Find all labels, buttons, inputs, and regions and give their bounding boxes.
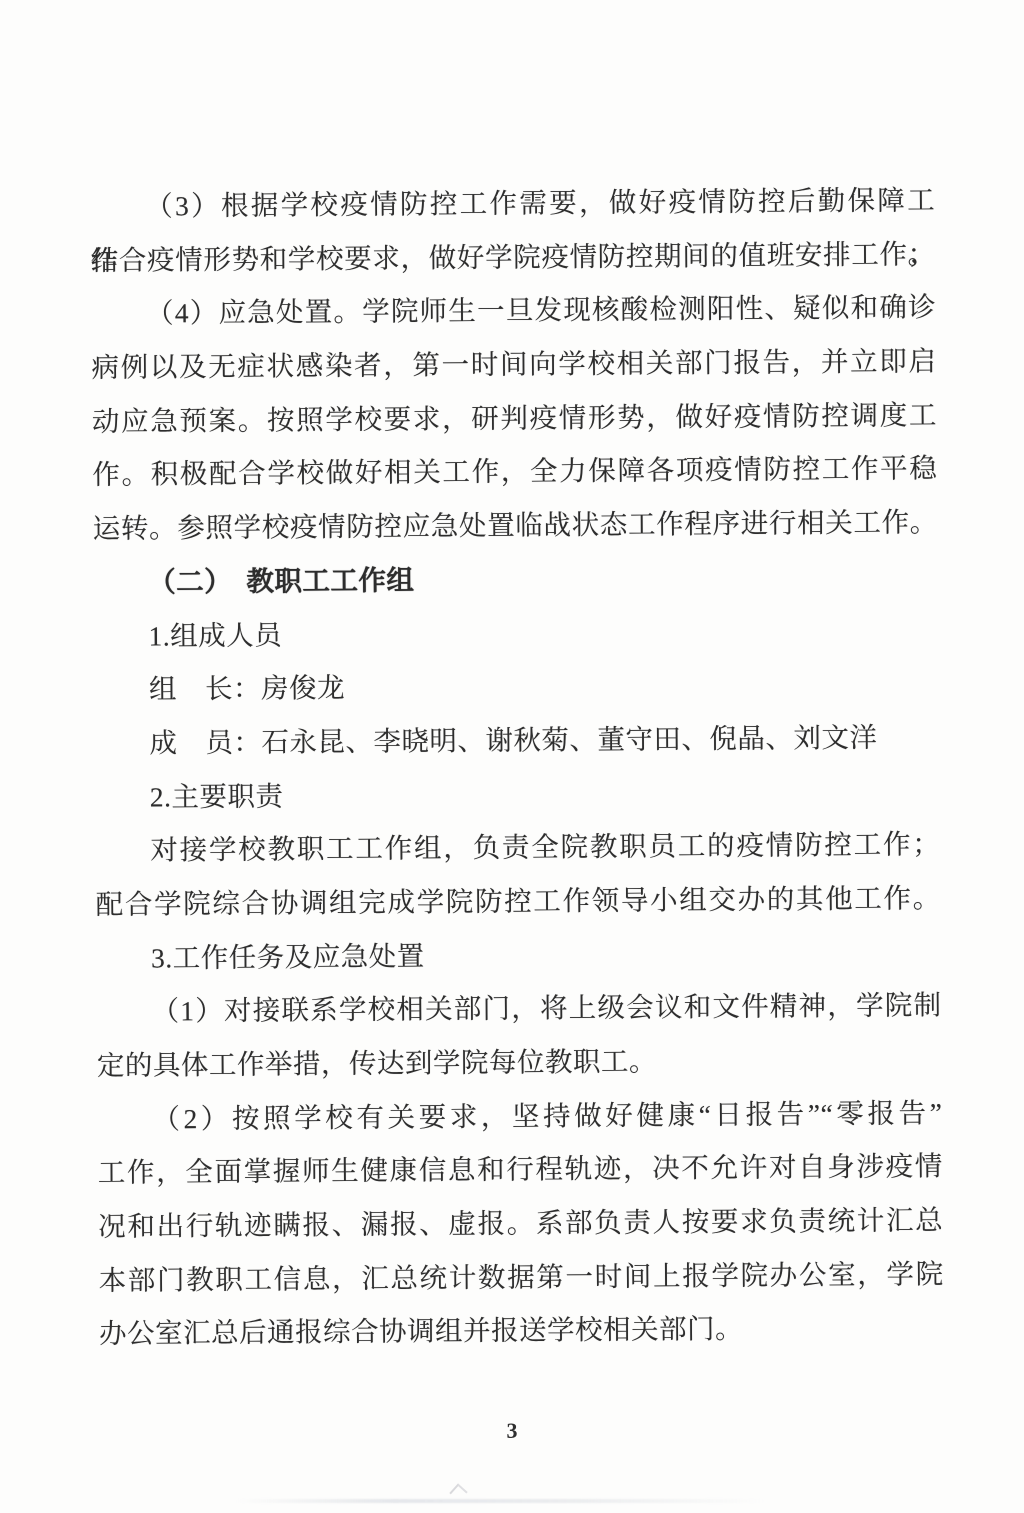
text-line: 动应急预案。按照学校要求，研判疫情形势，做好疫情防控调度工: [92, 388, 937, 448]
text-line: （3）根据学校疫情防控工作需要，做好疫情防控后勤保障工作；: [90, 173, 935, 233]
text-line: （1）对接联系学校相关部门，将上级会议和文件精神，学院制: [96, 979, 941, 1039]
list-item-heading: 3.工作任务及应急处置: [96, 925, 941, 985]
page-number: 3: [0, 1418, 1024, 1444]
document-page: （3）根据学校疫情防控工作需要，做好疫情防控后勤保障工作； 结合疫情形势和学校要…: [0, 0, 1024, 1513]
page-edge-shadow: [235, 1499, 765, 1503]
text-line: 工作，全面掌握师生健康信息和行程轨迹，决不允许对自身涉疫情: [98, 1140, 943, 1200]
text-line: 结合疫情形势和学校要求，做好学院疫情防控期间的值班安排工作。: [90, 227, 935, 287]
text-line: 况和出行轨迹瞒报、漏报、虚报。系部负责人按要求负责统计汇总: [98, 1193, 943, 1253]
text-line: 办公室汇总后通报综合协调组并报送学校相关部门。: [99, 1301, 944, 1361]
list-item-heading: 2.主要职责: [95, 764, 940, 824]
group-leader-line: 组 长：房俊龙: [94, 657, 939, 717]
text-line: 定的具体工作举措，传达到学院每位教职工。: [97, 1032, 942, 1092]
group-members-line: 成 员：石永昆、李晓明、谢秋菊、董守田、倪晶、刘文洋: [94, 710, 939, 770]
text-line: 病例以及无症状感染者，第一时间向学校相关部门报告，并立即启: [91, 334, 936, 394]
text-line: 对接学校教职工工作组，负责全院教职员工的疫情防控工作；: [95, 818, 940, 878]
text-line: （2）按照学校有关要求，坚持做好健康“日报告”“零报告”: [97, 1086, 942, 1146]
section-heading: （二） 教职工工作组: [93, 549, 938, 609]
text-line: 配合学院综合协调组完成学院防控工作领导小组交办的其他工作。: [95, 871, 940, 931]
list-item-heading: 1.组成人员: [93, 603, 938, 663]
text-line: 作。积极配合学校做好相关工作，全力保障各项疫情防控工作平稳: [92, 442, 937, 502]
text-line: 本部门教职工信息，汇总统计数据第一时间上报学院办公室，学院: [98, 1247, 943, 1307]
document-body: （3）根据学校疫情防控工作需要，做好疫情防控后勤保障工作； 结合疫情形势和学校要…: [90, 173, 944, 1361]
text-line: 运转。参照学校疫情防控应急处置临战状态工作程序进行相关工作。: [93, 495, 938, 555]
text-line: （4）应急处置。学院师生一旦发现核酸检测阳性、疑似和确诊: [91, 281, 936, 341]
